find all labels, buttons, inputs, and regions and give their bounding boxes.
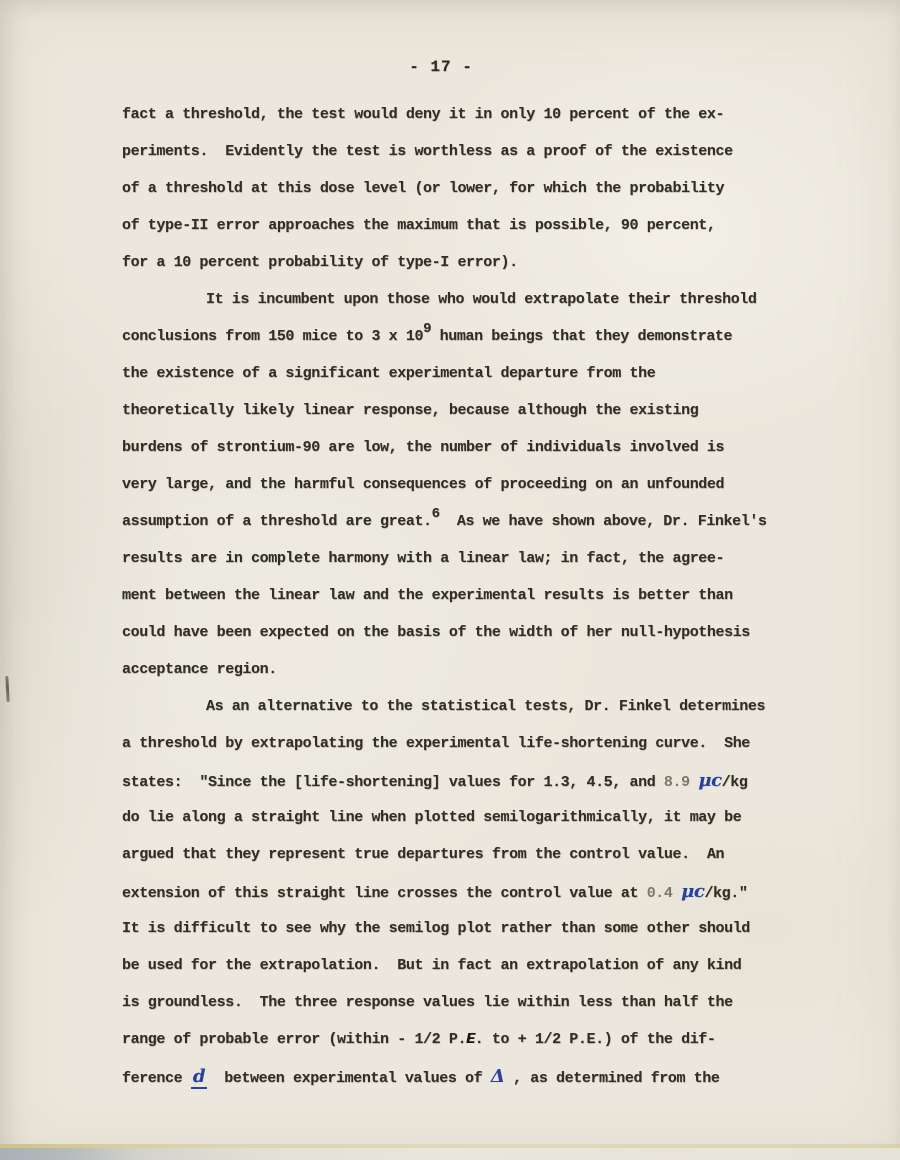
text-segment: periments. Evidently the test is worthle… bbox=[122, 143, 733, 160]
text-segment: acceptance region. bbox=[122, 661, 277, 678]
text-segment: ference bbox=[122, 1070, 191, 1087]
text-line: could have been expected on the basis of… bbox=[122, 614, 822, 651]
text-segment: results are in complete harmony with a l… bbox=[122, 550, 724, 567]
text-line: do lie along a straight line when plotte… bbox=[122, 799, 822, 836]
text-line: for a 10 percent probability of type-I e… bbox=[122, 244, 822, 281]
text-line: of a threshold at this dose level (or lo… bbox=[122, 170, 822, 207]
text-line: the existence of a significant experimen… bbox=[122, 355, 822, 392]
text-line: results are in complete harmony with a l… bbox=[122, 540, 822, 577]
text-segment: human beings that they demonstrate bbox=[431, 328, 732, 345]
text-segment: As an alternative to the statistical tes… bbox=[206, 698, 765, 715]
text-line: It is incumbent upon those who would ext… bbox=[122, 281, 822, 318]
text-segment: 0.4 bbox=[647, 885, 681, 902]
text-line: of type-II error approaches the maximum … bbox=[122, 207, 822, 244]
text-segment: E bbox=[466, 1031, 475, 1048]
text-segment: theoretically likely linear response, be… bbox=[122, 402, 698, 419]
text-segment: . to + 1/2 P.E.) of the dif- bbox=[475, 1031, 716, 1048]
paper-edge-mark bbox=[5, 676, 9, 702]
handwritten-annotation: d bbox=[191, 1066, 207, 1089]
text-line: range of probable error (within - 1/2 P.… bbox=[122, 1021, 822, 1058]
scanner-background-strip bbox=[0, 1148, 900, 1160]
text-segment: argued that they represent true departur… bbox=[122, 846, 724, 863]
text-segment: very large, and the harmful consequences… bbox=[122, 476, 724, 493]
text-segment: the existence of a significant experimen… bbox=[122, 365, 655, 382]
text-line: states: "Since the [life-shortening] val… bbox=[122, 762, 822, 799]
text-segment: 8.9 bbox=[664, 774, 698, 791]
text-segment: It is difficult to see why the semilog p… bbox=[122, 920, 750, 937]
document-page: - 17 - fact a threshold, the test would … bbox=[0, 0, 900, 1160]
text-segment: 6 bbox=[432, 506, 440, 522]
text-line: burdens of strontium-90 are low, the num… bbox=[122, 429, 822, 466]
text-segment: 9 bbox=[423, 321, 431, 337]
text-segment: ment between the linear law and the expe… bbox=[122, 587, 733, 604]
text-segment: between experimental values of bbox=[207, 1070, 491, 1087]
text-line: periments. Evidently the test is worthle… bbox=[122, 133, 822, 170]
text-segment: is groundless. The three response values… bbox=[122, 994, 733, 1011]
handwritten-annotation: μc bbox=[681, 881, 704, 902]
text-line: be used for the extrapolation. But in fa… bbox=[122, 947, 822, 984]
text-segment: As we have shown above, Dr. Finkel's bbox=[440, 513, 767, 530]
text-line: conclusions from 150 mice to 3 x 109 hum… bbox=[122, 318, 822, 355]
text-line: theoretically likely linear response, be… bbox=[122, 392, 822, 429]
handwritten-annotation: μc bbox=[698, 770, 721, 791]
text-segment: of type-II error approaches the maximum … bbox=[122, 217, 716, 234]
text-line: extension of this straight line crosses … bbox=[122, 873, 822, 910]
text-line: very large, and the harmful consequences… bbox=[122, 466, 822, 503]
text-segment: do lie along a straight line when plotte… bbox=[122, 809, 741, 826]
text-segment: could have been expected on the basis of… bbox=[122, 624, 750, 641]
text-segment: be used for the extrapolation. But in fa… bbox=[122, 957, 741, 974]
handwritten-annotation: Δ bbox=[491, 1066, 505, 1087]
text-segment: conclusions from 150 mice to 3 x 10 bbox=[122, 328, 423, 345]
text-segment: a threshold by extrapolating the experim… bbox=[122, 735, 750, 752]
text-segment: /kg." bbox=[704, 885, 747, 902]
page-number: - 17 - bbox=[381, 58, 501, 76]
text-segment: assumption of a threshold are great. bbox=[122, 513, 432, 530]
text-segment: burdens of strontium-90 are low, the num… bbox=[122, 439, 724, 456]
text-line: fact a threshold, the test would deny it… bbox=[122, 96, 822, 133]
text-body: fact a threshold, the test would deny it… bbox=[122, 96, 822, 1095]
text-segment: , as determined from the bbox=[504, 1070, 719, 1087]
text-line: acceptance region. bbox=[122, 651, 822, 688]
text-line: ference d between experimental values of… bbox=[122, 1058, 822, 1095]
text-line: argued that they represent true departur… bbox=[122, 836, 822, 873]
text-segment: range of probable error (within - 1/2 P. bbox=[122, 1031, 466, 1048]
text-line: a threshold by extrapolating the experim… bbox=[122, 725, 822, 762]
text-line: assumption of a threshold are great.6 As… bbox=[122, 503, 822, 540]
text-segment: fact a threshold, the test would deny it… bbox=[122, 106, 724, 123]
text-segment: of a threshold at this dose level (or lo… bbox=[122, 180, 724, 197]
text-segment: extension of this straight line crosses … bbox=[122, 885, 647, 902]
text-segment: It is incumbent upon those who would ext… bbox=[206, 291, 757, 308]
text-line: As an alternative to the statistical tes… bbox=[122, 688, 822, 725]
text-segment: states: "Since the [life-shortening] val… bbox=[122, 774, 664, 791]
text-line: is groundless. The three response values… bbox=[122, 984, 822, 1021]
text-line: ment between the linear law and the expe… bbox=[122, 577, 822, 614]
text-line: It is difficult to see why the semilog p… bbox=[122, 910, 822, 947]
text-segment: for a 10 percent probability of type-I e… bbox=[122, 254, 518, 271]
text-segment: /kg bbox=[722, 774, 748, 791]
